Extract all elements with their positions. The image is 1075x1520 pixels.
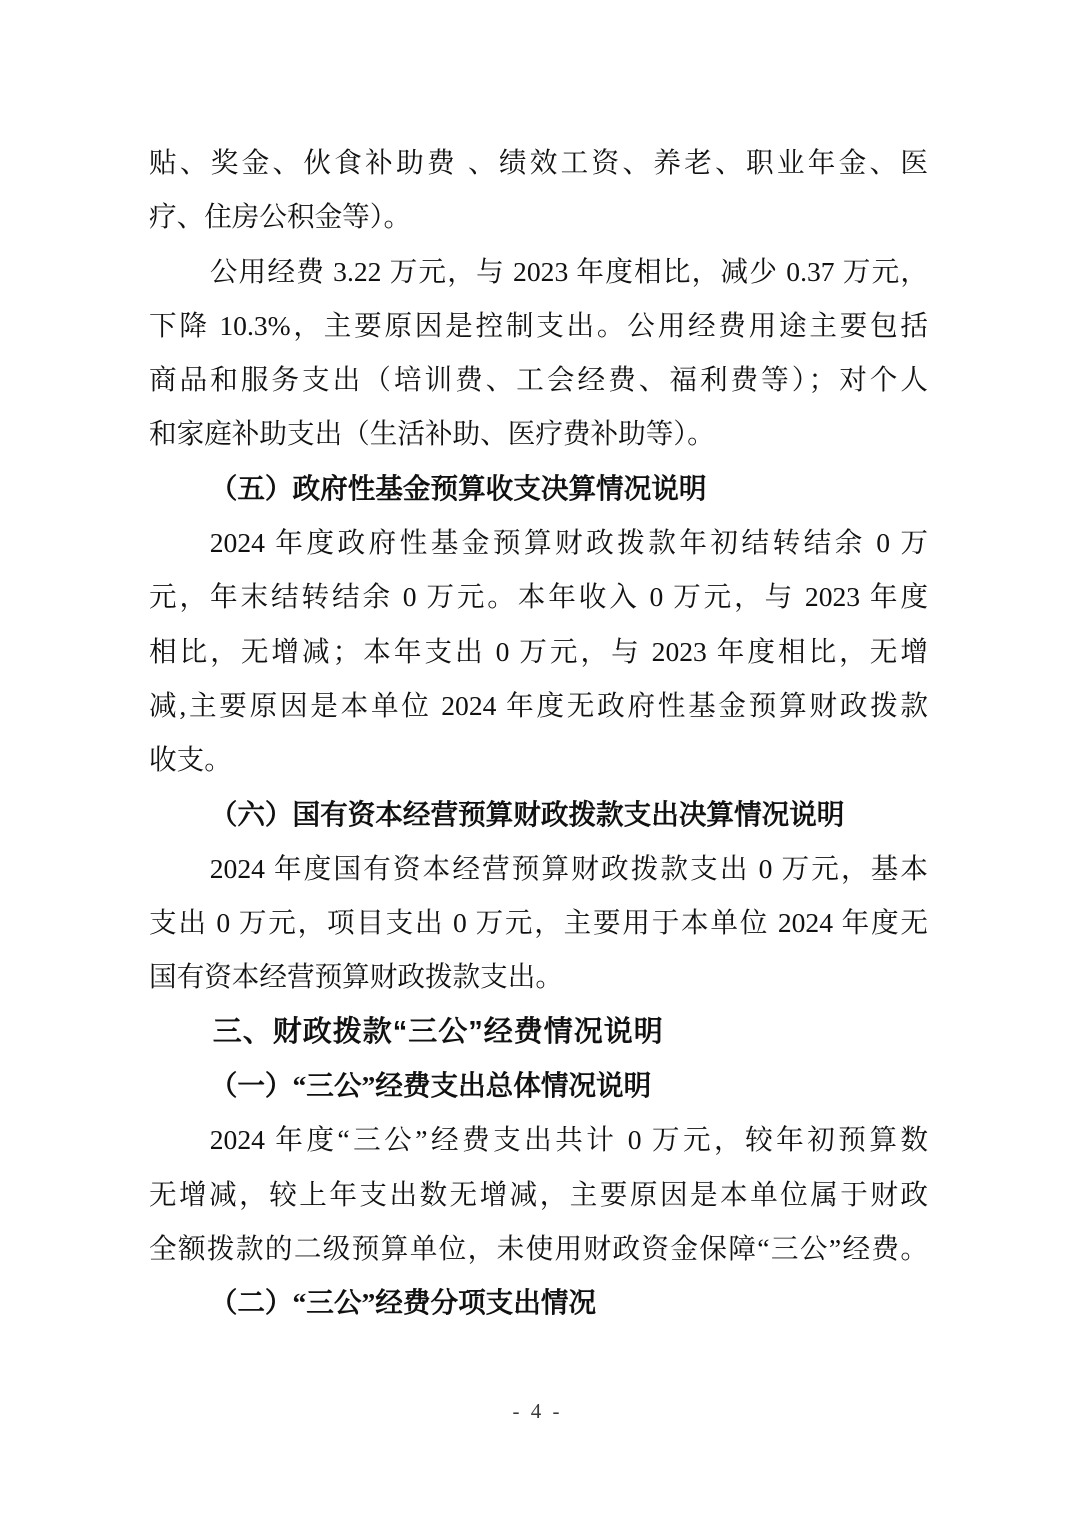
body-line: 下降 10.3%，主要原因是控制支出。公用经费用途主要包括 [149,299,928,353]
body-line: 全额拨款的二级预算单位，未使用财政资金保障“三公”经费。 [149,1222,928,1276]
document-page: 贴、奖金、伙食补助费 、绩效工资、养老、职业年金、医 疗、住房公积金等）。 公用… [0,0,1075,1520]
body-line: 支出 0 万元，项目支出 0 万元，主要用于本单位 2024 年度无 [149,896,928,950]
section-heading-6: （六）国有资本经营预算财政拨款支出决算情况说明 [149,788,928,842]
body-line: 和家庭补助支出（生活补助、医疗费补助等）。 [149,407,928,461]
page-number: - 4 - [0,1394,1075,1428]
chapter-heading-3: 三、财政拨款“三公”经费情况说明 [149,1005,928,1059]
body-line: 贴、奖金、伙食补助费 、绩效工资、养老、职业年金、医 [149,136,928,190]
body-line: 相比，无增减；本年支出 0 万元，与 2023 年度相比，无增 [149,625,928,679]
document-body: 贴、奖金、伙食补助费 、绩效工资、养老、职业年金、医 疗、住房公积金等）。 公用… [149,136,928,1331]
body-line: 无增减，较上年支出数无增减，主要原因是本单位属于财政 [149,1168,928,1222]
body-line: 2024 年度国有资本经营预算财政拨款支出 0 万元，基本 [149,842,928,896]
body-line: 商品和服务支出（培训费、工会经费、福利费等）；对个人 [149,353,928,407]
section-heading-2: （二）“三公”经费分项支出情况 [149,1276,928,1330]
body-line: 元，年末结转结余 0 万元。本年收入 0 万元，与 2023 年度 [149,570,928,624]
body-line: 减,主要原因是本单位 2024 年度无政府性基金预算财政拨款 [149,679,928,733]
body-line: 2024 年度政府性基金预算财政拨款年初结转结余 0 万 [149,516,928,570]
body-line: 2024 年度“三公”经费支出共计 0 万元，较年初预算数 [149,1113,928,1167]
body-line: 疗、住房公积金等）。 [149,190,928,244]
section-heading-5: （五）政府性基金预算收支决算情况说明 [149,462,928,516]
body-line: 收支。 [149,733,928,787]
section-heading-1: （一）“三公”经费支出总体情况说明 [149,1059,928,1113]
body-line: 国有资本经营预算财政拨款支出。 [149,950,928,1004]
body-line: 公用经费 3.22 万元，与 2023 年度相比，减少 0.37 万元， [149,245,928,299]
